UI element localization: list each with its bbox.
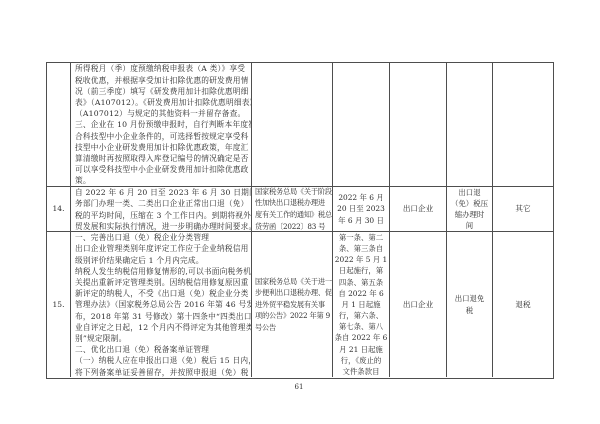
policy-table: 所得税月（季）度预缴纳税申报表（A 类）》享受税收优惠，并根据享受加计扣除优惠的… <box>46 62 554 379</box>
text-line: 项的公告》2022 年第 9 <box>255 310 330 322</box>
text-line: 纳税人发生纳税信用修复情形的,可以书面向税务机 <box>75 266 248 277</box>
text-line: 出口企业 <box>390 203 446 214</box>
text-line: 可以享受科技型中小企业研发费用加计扣除优惠政 <box>75 164 248 175</box>
text-line: 四条、第五条 <box>333 277 389 288</box>
text-line: 号公告 <box>255 322 330 334</box>
cell-tax-category: 其它 <box>493 187 553 231</box>
cell-preference-category: 出口退免税 <box>447 232 493 377</box>
cell-preference-category <box>447 63 493 186</box>
text-line: 退税 <box>493 299 553 310</box>
text-line: 贸发展和实际执行情况，进一步明确办理时间要求。 <box>75 221 248 231</box>
text-line: 缩办理时 <box>447 209 492 220</box>
text-line: 将下列备案单证妥善留存，并按照申报退（免）税 <box>75 367 248 377</box>
cell-policy-content: 一、完善出口退（免）税企业分类管理出口企业管理类别年度评定工作应于企业纳税信用级… <box>71 232 252 377</box>
cell-effective-date <box>333 63 390 186</box>
cell-policy-content: 自 2022 年 6 月 20 日至 2023 年 6 月 30 日期间，税务部… <box>71 187 252 231</box>
cell-preference-category: 出口退（免）税压缩办理时间 <box>447 187 493 231</box>
cell-seq-number: 15. <box>47 232 71 377</box>
text-line: 算清缴时再按照取得入库登记编号的情况确定是否 <box>75 153 248 164</box>
table-row: 所得税月（季）度预缴纳税申报表（A 类）》享受税收优惠，并根据享受加计扣除优惠的… <box>47 63 553 187</box>
document-page: 所得税月（季）度预缴纳税申报表（A 类）》享受税收优惠，并根据享受加计扣除优惠的… <box>0 0 600 424</box>
text-line: 国家税务总局《关于进一 <box>255 276 330 288</box>
text-line: 条、第三条自 <box>333 243 389 254</box>
text-line: 新评定的纳税人，不受《出口退（免）税企业分类 <box>75 288 248 299</box>
text-line: 税收优惠，并根据享受加计扣除优惠的研发费用情 <box>75 75 248 86</box>
text-line: 自 2022 年 6 <box>333 288 389 299</box>
text-line: 步便利出口退税办理、促 <box>255 287 330 299</box>
text-line: 行，《废止的 <box>333 355 389 366</box>
text-line: 性加快出口退税办理进 <box>255 197 330 209</box>
text-line: 度有关工作的通知》税总 <box>255 209 330 221</box>
text-line: 国家税务总局《关于阶段 <box>255 187 330 197</box>
text-line: 税 <box>447 305 492 316</box>
text-line: 布，2018 年第 31 号修改）第十四条中“四类出口企 <box>75 311 248 322</box>
text-line: 第七条、第八 <box>333 321 389 332</box>
text-line: 况（前三季度）填写《研发费用加计扣除优惠明细 <box>75 86 248 97</box>
text-line: 三、企业在 10 月份预缴申报时，自行判断本年度符 <box>75 119 248 130</box>
text-line: 出口退 <box>447 187 492 198</box>
text-line: 条自 2022 年 6 <box>333 332 389 343</box>
cell-applicable-subject: 出口企业 <box>390 232 447 377</box>
cell-policy-document <box>252 63 333 186</box>
text-line: 20 日至 2023 <box>333 203 389 214</box>
text-line: 策。 <box>75 175 248 186</box>
cell-tax-category <box>493 63 553 186</box>
text-line: 出口退免 <box>447 293 492 304</box>
text-line: 税的平均时间，压缩在 3 个工作日内。到期将视外 <box>75 210 248 221</box>
text-line: 14. <box>47 204 70 214</box>
text-line: 合科技型中小企业条件的，可选择暂按规定享受科 <box>75 131 248 142</box>
cell-applicable-subject <box>390 63 447 186</box>
text-line: 管理办法》（国家税务总局公告 2016 年第 46 号发 <box>75 299 248 310</box>
text-line: 出口企业管理类别年度评定工作应于企业纳税信用 <box>75 243 248 254</box>
text-line: 进外贸平稳发展有关事 <box>255 299 330 311</box>
text-line: 级别评价结果确定后 1 个月内完成。 <box>75 255 248 266</box>
text-line: 表》（A107012）。《研发费用加计扣除优惠明细表》 <box>75 97 248 108</box>
cell-tax-category: 退税 <box>493 232 553 377</box>
text-line: 出口企业 <box>390 299 446 310</box>
text-line: 间 <box>447 220 492 231</box>
text-line: 关提出重新评定管理类别。因纳税信用修复原因重 <box>75 277 248 288</box>
text-line: 二、优化出口退（免）税备案单证管理 <box>75 344 248 355</box>
text-line: 月 1 日起施 <box>333 299 389 310</box>
text-line: 日起施行，第 <box>333 265 389 276</box>
table-row: 15.一、完善出口退（免）税企业分类管理出口企业管理类别年度评定工作应于企业纳税… <box>47 232 553 377</box>
text-line: 其它 <box>493 203 553 214</box>
text-line: 2022 年 6 月 <box>333 192 389 203</box>
cell-policy-content: 所得税月（季）度预缴纳税申报表（A 类）》享受税收优惠，并根据享受加计扣除优惠的… <box>71 63 252 186</box>
cell-seq-number: 14. <box>47 187 71 231</box>
text-line: 务部门办理一类、二类出口企业正常出口退（免） <box>75 198 248 209</box>
cell-effective-date: 第一条、第二条、第三条自2022 年 5 月 1日起施行，第四条、第五条自 20… <box>333 232 390 377</box>
text-line: 技型中小企业研发费用加计扣除优惠政策，年度汇 <box>75 142 248 153</box>
text-line: 货劳函〔2022〕83 号 <box>255 221 330 231</box>
text-line: 月 21 日起施 <box>333 344 389 355</box>
text-line: 第一条、第二 <box>333 232 389 243</box>
text-line: （一）纳税人应在申报出口退（免）税后 15 日内， <box>75 355 248 366</box>
text-line: 2022 年 5 月 1 <box>333 254 389 265</box>
cell-seq-number <box>47 63 71 186</box>
text-line: 自 2022 年 6 月 20 日至 2023 年 6 月 30 日期间，税 <box>75 187 248 198</box>
text-line: 别”规定限制。 <box>75 333 248 344</box>
text-line: 所得税月（季）度预缴纳税申报表（A 类）》享受 <box>75 63 248 74</box>
text-line: （A107012）与规定的其他资料一并留存备查。 <box>75 108 248 119</box>
text-line: 行，第六条、 <box>333 310 389 321</box>
cell-policy-document: 国家税务总局《关于阶段性加快出口退税办理进度有关工作的通知》税总货劳函〔2022… <box>252 187 333 231</box>
cell-applicable-subject: 出口企业 <box>390 187 447 231</box>
text-line: 15. <box>47 300 70 310</box>
table-row: 14.自 2022 年 6 月 20 日至 2023 年 6 月 30 日期间，… <box>47 187 553 232</box>
text-line: 一、完善出口退（免）税企业分类管理 <box>75 232 248 243</box>
page-number: 61 <box>46 383 552 391</box>
cell-policy-document: 国家税务总局《关于进一步便利出口退税办理、促进外贸平稳发展有关事项的公告》202… <box>252 232 333 377</box>
text-line: （免）税压 <box>447 198 492 209</box>
cell-effective-date: 2022 年 6 月20 日至 2023年 6 月 30 日 <box>333 187 390 231</box>
text-line: 文件条款目 <box>333 366 389 377</box>
text-line: 业自评定之日起，12 个月内不得评定为其他管理类 <box>75 322 248 333</box>
text-line: 年 6 月 30 日 <box>333 215 389 226</box>
